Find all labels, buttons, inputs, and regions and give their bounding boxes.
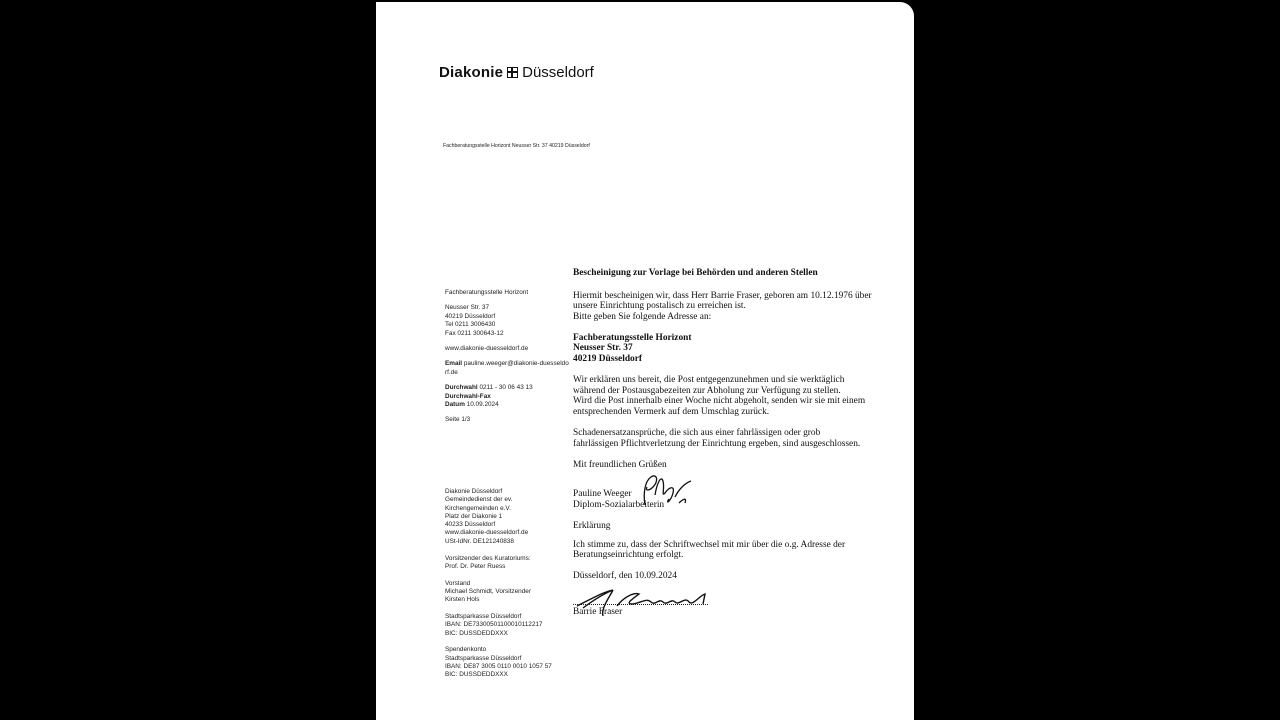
letter-body: Bescheinigung zur Vorlage bei Behörden u… (573, 268, 903, 617)
sidebar-direct-fax: Durchwahl-Fax (445, 393, 570, 401)
contact-sidebar: Fachberatungsstelle Horizont Neusser Str… (445, 289, 570, 432)
diakonie-cross-icon (507, 67, 518, 78)
logo-city: Düsseldorf (522, 64, 594, 81)
liability-paragraph: Schadenersatzansprüche, die sich aus ein… (573, 428, 903, 449)
letter-title: Bescheinigung zur Vorlage bei Behörden u… (573, 268, 903, 279)
footer-bank: Stadtsparkasse Düsseldorf IBAN: DE733005… (445, 613, 570, 638)
logo-brand: Diakonie (439, 64, 503, 81)
signature-pauline-weeger (635, 471, 695, 511)
closing: Mit freundlichen Grüßen (573, 460, 903, 471)
sidebar-email: Email pauline.weeger@diakonie-duesseldor… (445, 360, 570, 377)
footer-executive: Vorstand Michael Schmidt, Vorsitzender K… (445, 580, 570, 605)
declaration-heading: Erklärung (573, 521, 903, 532)
sidebar-date: Datum 10.09.2024 (445, 401, 570, 409)
sidebar-direct-dial: Durchwahl 0211 - 30 06 43 13 (445, 384, 570, 392)
signer-name: Pauline Weeger (573, 489, 903, 500)
signer-block: Pauline Weeger Diplom-Sozialarbeiterin (573, 489, 903, 510)
letterhead-logo: Diakonie Düsseldorf (439, 64, 594, 81)
intro-paragraph: Hiermit bescheinigen wir, dass Herr Barr… (573, 291, 903, 323)
footer-donation-account: Spendenkonto Stadtsparkasse Düsseldorf I… (445, 646, 570, 679)
mail-handling-paragraph: Wir erklären uns bereit, die Post entgeg… (573, 375, 903, 417)
footer-org: Diakonie Düsseldorf Gemeindedienst der e… (445, 488, 570, 546)
declaration-text: Ich stimme zu, dass der Schriftwechsel m… (573, 540, 903, 561)
sidebar-tel: Tel 0211 3006430 (445, 321, 570, 329)
client-signature-block: Barrie Fraser (573, 604, 903, 618)
sidebar-fax: Fax 0211 300643-12 (445, 330, 570, 338)
place-date: Düsseldorf, den 10.09.2024 (573, 571, 903, 582)
organization-footer: Diakonie Düsseldorf Gemeindedienst der e… (445, 488, 570, 688)
sidebar-zip-city: 40219 Düsseldorf (445, 313, 570, 321)
sidebar-website: www.diakonie-duesseldorf.de (445, 345, 570, 353)
signer-title: Diplom-Sozialarbeiterin (573, 500, 903, 511)
sender-return-address: Fachberatungsstelle Horizont Neusser Str… (443, 143, 590, 149)
postal-address: Fachberatungsstelle Horizont Neusser Str… (573, 333, 903, 365)
page-number: Seite 1/3 (445, 416, 570, 424)
letter-page: Diakonie Düsseldorf Fachberatungsstelle … (376, 2, 914, 720)
signature-barrie-fraser (573, 584, 718, 616)
footer-board-chair: Vorsitzender des Kuratoriums: Prof. Dr. … (445, 555, 570, 572)
email-value: pauline.weeger@diakonie-duesseldorf.de (445, 360, 569, 375)
sidebar-office: Fachberatungsstelle Horizont (445, 289, 570, 297)
sidebar-street: Neusser Str. 37 (445, 304, 570, 312)
